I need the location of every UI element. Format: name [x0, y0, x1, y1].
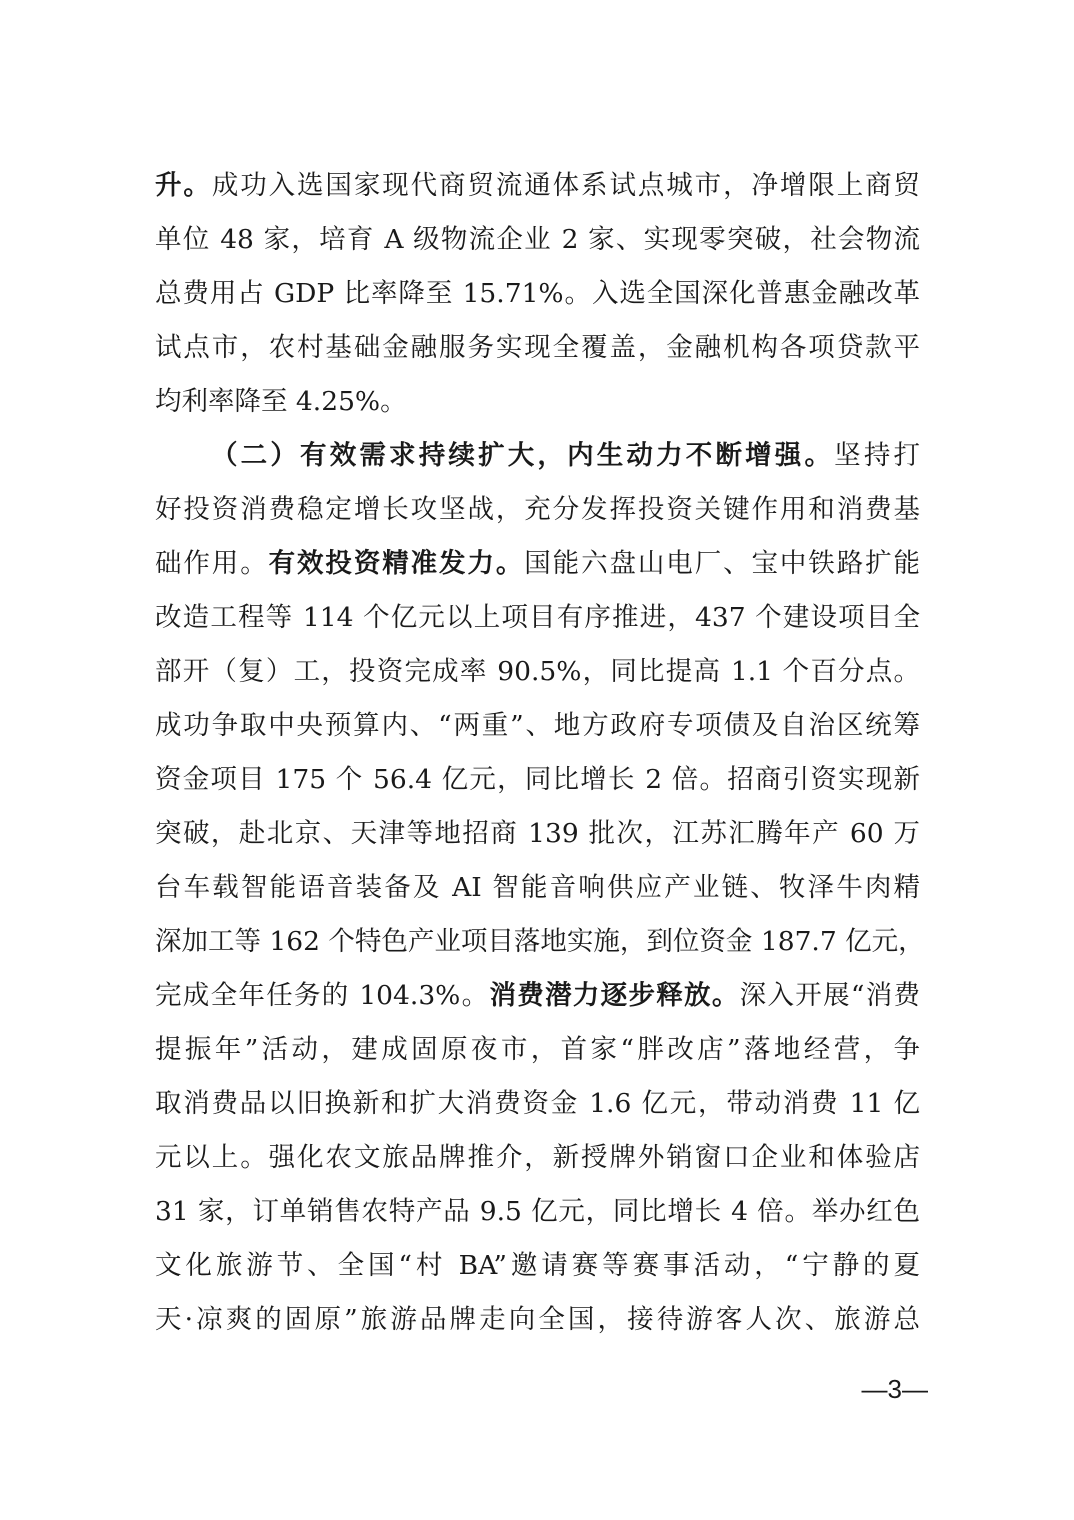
text-line-16: 完成全年任务的 104.3%。消费潜力逐步释放。深入开展“消费	[155, 969, 920, 1023]
line-text: 部开（复）工，投资完成率 90.5%，同比提高 1.1 个百分点。	[155, 656, 920, 687]
text-line-12: 资金项目 175 个 56.4 亿元，同比增长 2 倍。招商引资实现新	[155, 753, 920, 807]
section-heading: （二）有效需求持续扩大，内生动力不断增强。	[211, 440, 834, 471]
line-text: 台车载智能语音装备及 AI 智能音响供应产业链、牧泽牛肉精	[155, 872, 920, 903]
text-line-13: 突破，赴北京、天津等地招商 139 批次，江苏汇腾年产 60 万	[155, 807, 920, 861]
line-text: 础作用。	[155, 548, 269, 579]
line-text: 坚持打	[834, 440, 920, 471]
text-line-20: 31 家，订单销售农特产品 9.5 亿元，同比增长 4 倍。举办红色	[155, 1185, 920, 1239]
line-text: 成功争取中央预算内、“两重”、地方政府专项债及自治区统筹	[155, 710, 920, 741]
line-text: 总费用占 GDP 比率降至 15.71%。入选全国深化普惠金融改革	[155, 278, 920, 309]
text-line-1: 升。成功入选国家现代商贸流通体系试点城市，净增限上商贸	[155, 159, 920, 213]
line-text: 提振年”活动，建成固原夜市，首家“胖改店”落地经营，争	[155, 1034, 920, 1065]
line-text: 取消费品以旧换新和扩大消费资金 1.6 亿元，带动消费 11 亿	[155, 1088, 920, 1119]
line-text: 31 家，订单销售农特产品 9.5 亿元，同比增长 4 倍。举办红色	[155, 1196, 920, 1227]
line-text: 文化旅游节、全国“村 BA”邀请赛等赛事活动，“宁静的夏	[155, 1250, 920, 1281]
text-line-15: 深加工等 162 个特色产业项目落地实施，到位资金 187.7 亿元，	[155, 915, 920, 969]
line-text: 均利率降至 4.25%。	[155, 386, 407, 417]
text-line-22: 天·凉爽的固原”旅游品牌走向全国，接待游客人次、旅游总	[155, 1293, 920, 1347]
text-line-2: 单位 48 家，培育 A 级物流企业 2 家、实现零突破，社会物流	[155, 213, 920, 267]
line-text: 元以上。强化农文旅品牌推介，新授牌外销窗口企业和体验店	[155, 1142, 920, 1173]
subheading-consumption: 消费潜力逐步释放。	[489, 980, 739, 1011]
line-text: 改造工程等 114 个亿元以上项目有序推进，437 个建设项目全	[155, 602, 920, 633]
subheading-investment: 有效投资精准发力。	[269, 548, 525, 579]
section-heading-line: （二）有效需求持续扩大，内生动力不断增强。坚持打	[155, 429, 920, 483]
line-text: 国能六盘山电厂、宝中铁路扩能	[524, 548, 920, 579]
line-text: 深入开展“消费	[740, 980, 920, 1011]
line-text: 资金项目 175 个 56.4 亿元，同比增长 2 倍。招商引资实现新	[155, 764, 920, 795]
line-text: 完成全年任务的 104.3%。	[155, 980, 489, 1011]
text-line-8: 础作用。有效投资精准发力。国能六盘山电厂、宝中铁路扩能	[155, 537, 920, 591]
text-line-14: 台车载智能语音装备及 AI 智能音响供应产业链、牧泽牛肉精	[155, 861, 920, 915]
text-line-11: 成功争取中央预算内、“两重”、地方政府专项债及自治区统筹	[155, 699, 920, 753]
text-line-9: 改造工程等 114 个亿元以上项目有序推进，437 个建设项目全	[155, 591, 920, 645]
page-number: —3—	[838, 1374, 928, 1405]
line-text: 成功入选国家现代商贸流通体系试点城市，净增限上商贸	[212, 170, 920, 201]
text-line-5: 均利率降至 4.25%。	[155, 375, 920, 429]
document-body: 升。成功入选国家现代商贸流通体系试点城市，净增限上商贸 单位 48 家，培育 A…	[155, 159, 920, 1347]
text-line-18: 取消费品以旧换新和扩大消费资金 1.6 亿元，带动消费 11 亿	[155, 1077, 920, 1131]
line-text: 天·凉爽的固原”旅游品牌走向全国，接待游客人次、旅游总	[155, 1304, 920, 1335]
line-text: 试点市，农村基础金融服务实现全覆盖，金融机构各项贷款平	[155, 332, 920, 363]
text-line-3: 总费用占 GDP 比率降至 15.71%。入选全国深化普惠金融改革	[155, 267, 920, 321]
text-line-7: 好投资消费稳定增长攻坚战，充分发挥投资关键作用和消费基	[155, 483, 920, 537]
text-line-19: 元以上。强化农文旅品牌推介，新授牌外销窗口企业和体验店	[155, 1131, 920, 1185]
text-line-17: 提振年”活动，建成固原夜市，首家“胖改店”落地经营，争	[155, 1023, 920, 1077]
text-line-21: 文化旅游节、全国“村 BA”邀请赛等赛事活动，“宁静的夏	[155, 1239, 920, 1293]
line-text: 好投资消费稳定增长攻坚战，充分发挥投资关键作用和消费基	[155, 494, 920, 525]
line-text: 突破，赴北京、天津等地招商 139 批次，江苏汇腾年产 60 万	[155, 818, 920, 849]
line-text: 深加工等 162 个特色产业项目落地实施，到位资金 187.7 亿元，	[155, 926, 925, 957]
line-text: 单位 48 家，培育 A 级物流企业 2 家、实现零突破，社会物流	[155, 224, 920, 255]
text-line-4: 试点市，农村基础金融服务实现全覆盖，金融机构各项贷款平	[155, 321, 920, 375]
bold-heading-fragment: 升。	[155, 170, 212, 201]
text-line-10: 部开（复）工，投资完成率 90.5%，同比提高 1.1 个百分点。	[155, 645, 920, 699]
